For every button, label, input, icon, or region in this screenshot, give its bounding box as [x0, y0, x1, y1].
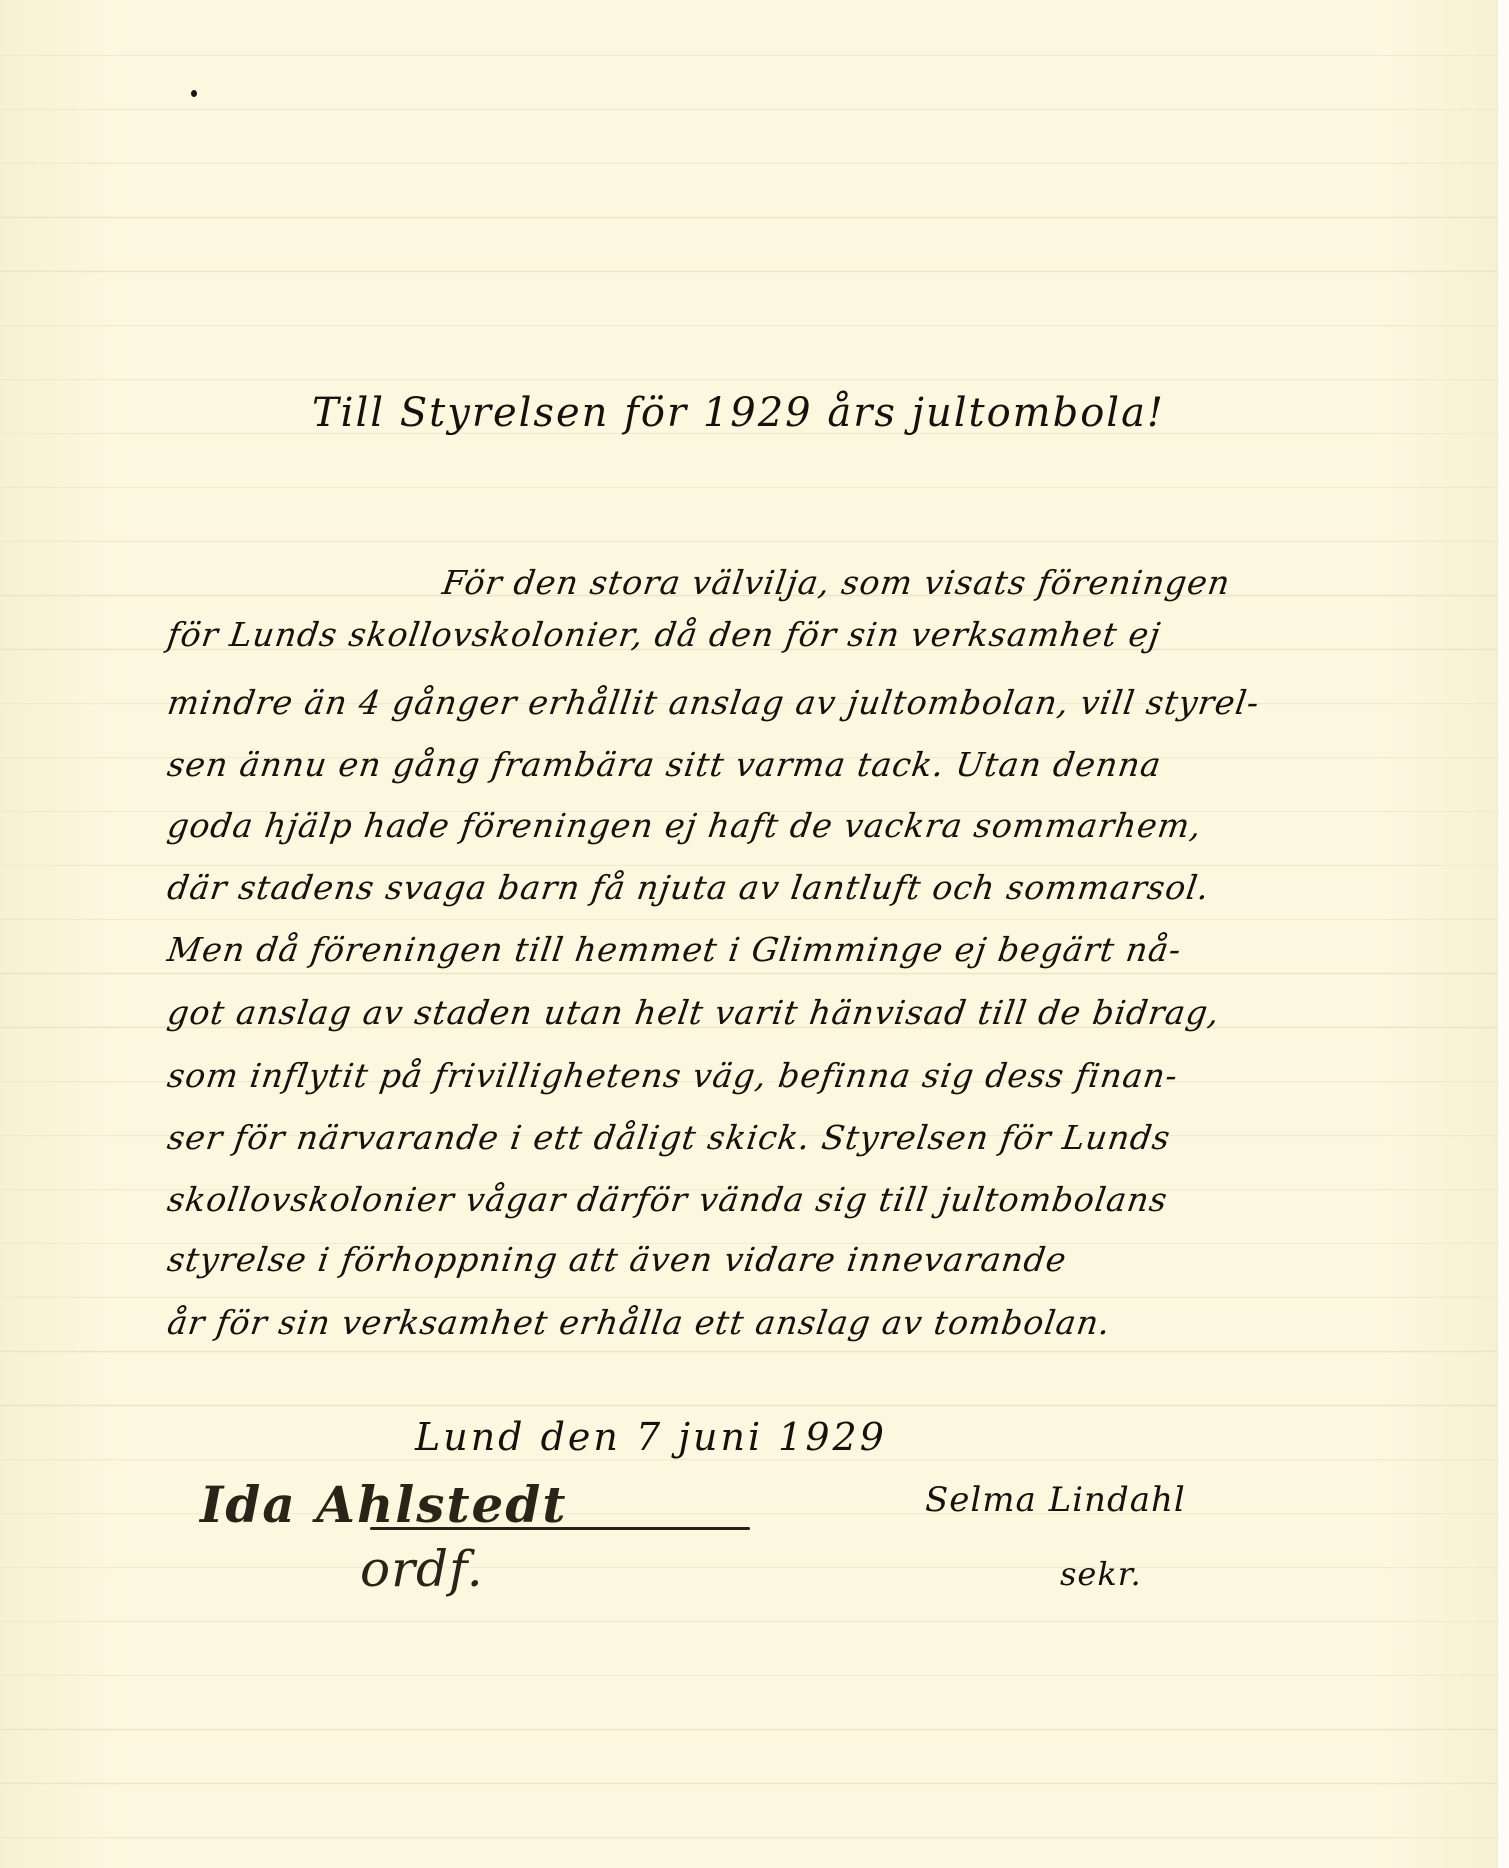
body-line: skollovskolonier vågar därför vända sig … — [165, 1180, 1170, 1219]
body-line: ser för närvarande i ett dåligt skick. S… — [165, 1118, 1173, 1157]
body-line: goda hjälp hade föreningen ej haft de va… — [165, 806, 1204, 845]
body-line: för Lunds skollovskolonier, då den för s… — [165, 615, 1163, 654]
body-line: got anslag av staden utan helt varit hän… — [165, 993, 1222, 1032]
secretary-signature: Selma Lindahl — [925, 1480, 1186, 1520]
body-line: För den stora välvilja, som visats fören… — [440, 563, 1233, 602]
signature-underline — [370, 1527, 750, 1530]
body-line: sen ännu en gång frambära sitt varma tac… — [165, 745, 1164, 784]
place-date: Lund den 7 juni 1929 — [415, 1415, 887, 1459]
chair-title: ordf. — [360, 1540, 484, 1598]
body-line: år för sin verksamhet erhålla ett anslag… — [165, 1303, 1113, 1342]
body-line: som inflytit på frivillighetens väg, bef… — [165, 1056, 1181, 1095]
body-line: mindre än 4 gånger erhållit anslag av ju… — [165, 683, 1262, 722]
chair-signature: Ida Ahlstedt — [200, 1475, 567, 1534]
salutation: Till Styrelsen för 1929 års jultombola! — [312, 390, 1165, 436]
letter-page: Till Styrelsen för 1929 års jultombola! … — [0, 0, 1497, 1868]
page-edge — [1497, 0, 1509, 1868]
body-line: styrelse i förhoppning att även vidare i… — [165, 1240, 1069, 1279]
body-line: Men då föreningen till hemmet i Glimming… — [165, 930, 1184, 969]
secretary-title: sekr. — [1060, 1555, 1142, 1593]
ink-dot — [191, 90, 197, 97]
body-line: där stadens svaga barn få njuta av lantl… — [165, 868, 1212, 907]
